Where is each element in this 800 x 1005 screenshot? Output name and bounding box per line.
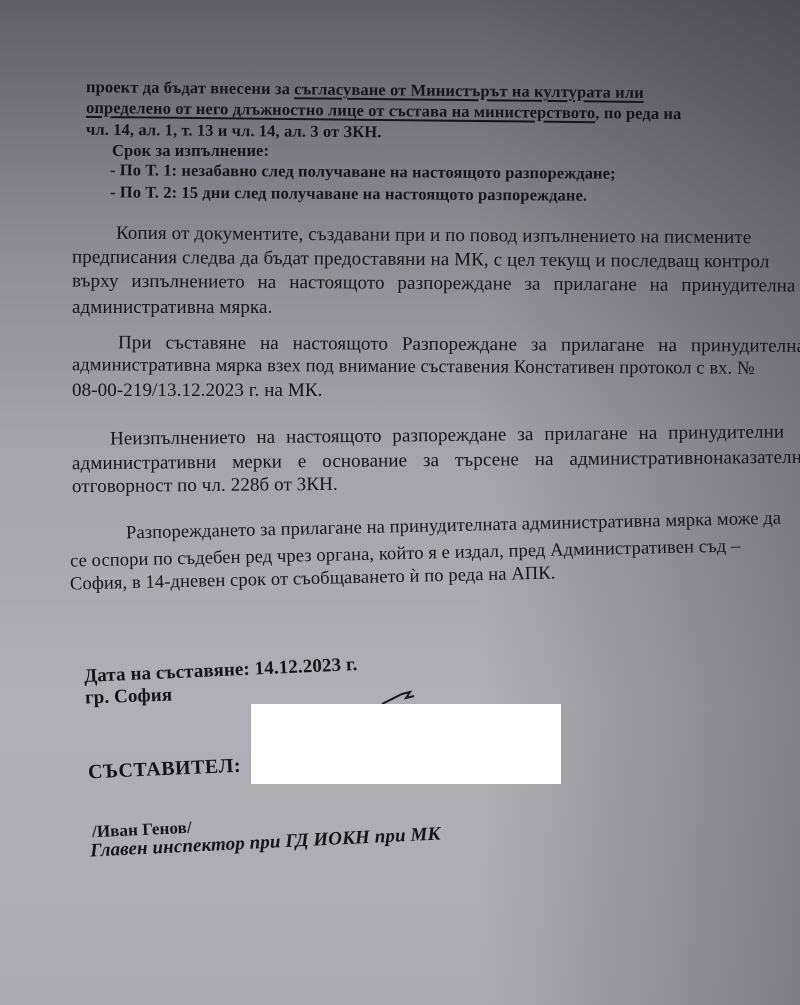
composition-date: Дата на съставяне: 14.12.2023 г.: [84, 654, 358, 688]
copies-line-1-text: Копия от документите, създавани при и по…: [116, 223, 751, 249]
protocol-line-1: При съставяне на настоящото Разпореждане…: [118, 332, 800, 358]
copies-line-4: административна мярка.: [72, 297, 272, 319]
liability-line-2: административни мерки е основание за тър…: [72, 447, 800, 475]
redaction-box: [251, 704, 561, 784]
document-page: проект да бъдат внесени за съгласуване о…: [0, 0, 800, 1005]
paragraph1-line2-text: , по реда на: [595, 103, 681, 123]
copies-line-2: предписания следва да бъдат предоставяни…: [72, 247, 770, 274]
deadline-item-1: - По Т. 1: незабавно след получаване на …: [110, 160, 616, 184]
liability-line-3: отговорност по чл. 228б от ЗКН.: [72, 474, 338, 498]
protocol-line-3: 08-00-219/13.12.2023 г. на МК.: [72, 380, 323, 402]
paragraph1-line3: чл. 14, ал. 1, т. 13 и чл. 14, ал. 3 от …: [86, 120, 382, 143]
deadline-heading: Срок за изпълнение:: [112, 141, 269, 161]
deadline-item-2: - По Т. 2: 15 дни след получаване на нас…: [110, 182, 587, 205]
liability-line-1: Неизпълнението на настоящото разпореждан…: [110, 421, 784, 450]
copies-line-3: върху изпълнението на настоящото разпоре…: [72, 270, 796, 297]
paragraph1-line1-text: проект да бъдат внесени за: [86, 77, 294, 98]
protocol-line-2: административна мярка взех под внимание …: [72, 355, 755, 380]
paragraph1-underlined-text-2: определено от него длъжностно лице от съ…: [86, 98, 596, 122]
author-label: СЪСТАВИТЕЛ:: [88, 755, 242, 785]
city: гр. София: [85, 684, 173, 709]
paragraph1-underlined-text: съгласуване от Министърът на културата и…: [294, 79, 644, 102]
copies-line-1: Копия от документите, създавани при и по…: [116, 223, 776, 250]
